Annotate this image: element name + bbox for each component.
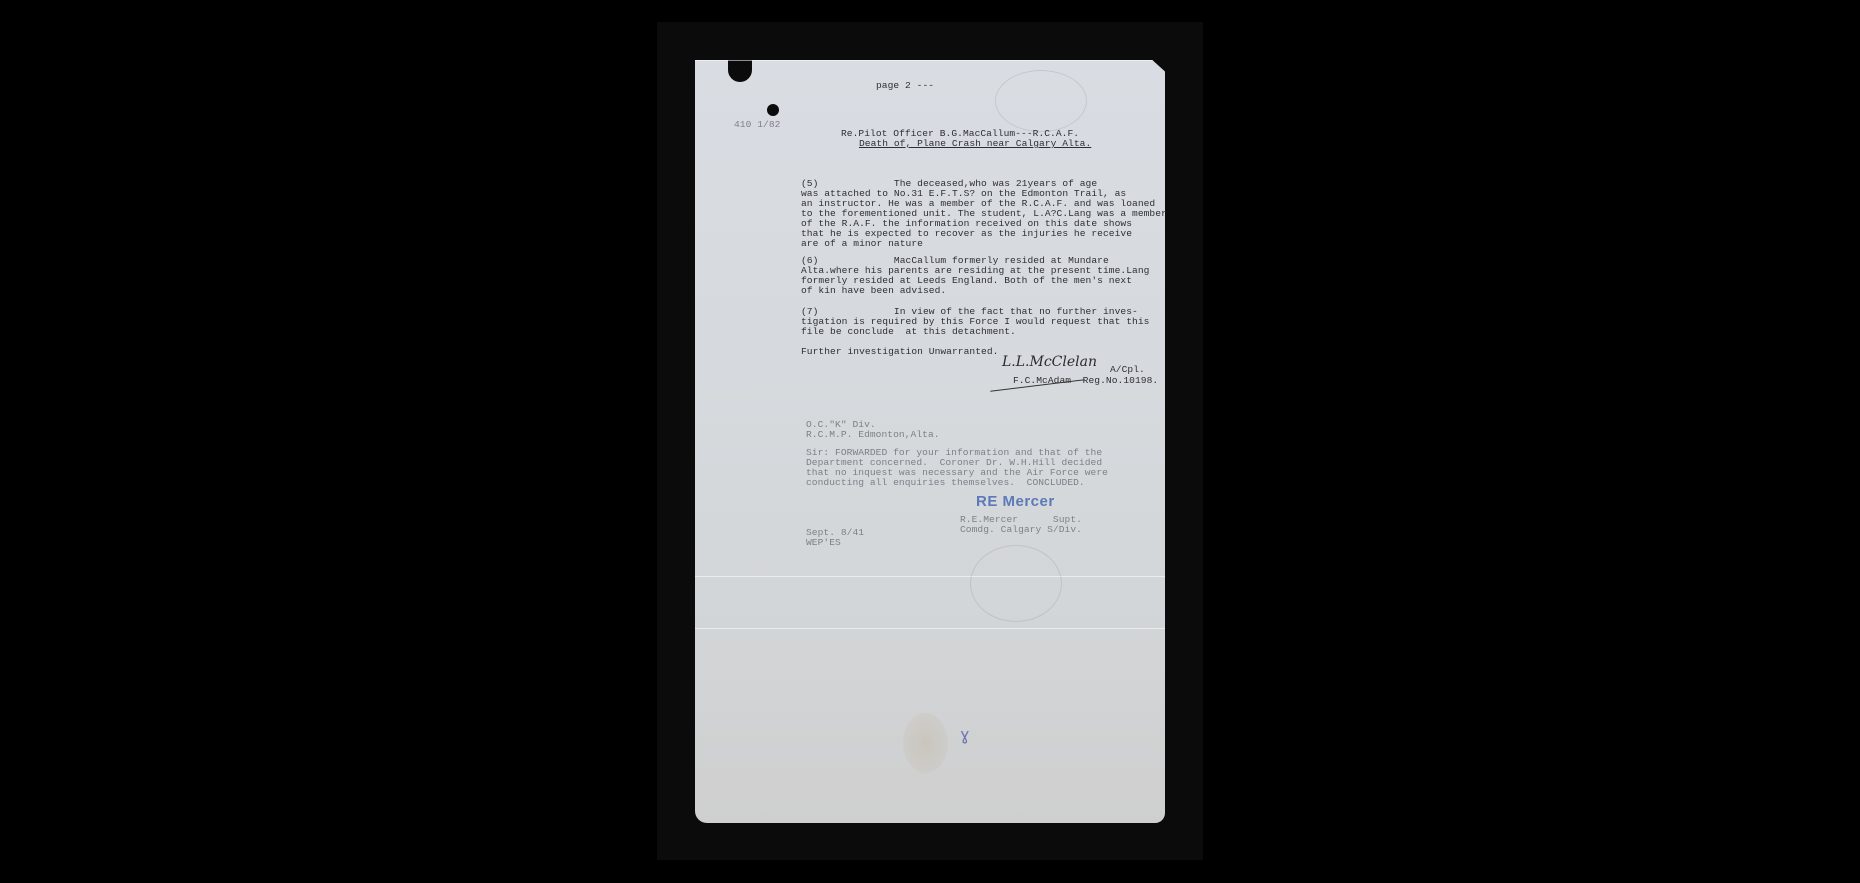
- ink-mark: ɣ: [960, 725, 970, 744]
- date-line-2: WEP'ES: [806, 538, 841, 548]
- fold-line: [695, 60, 1165, 61]
- paragraph-6-number: (6): [801, 256, 818, 266]
- mercer-stamp: RE Mercer: [976, 493, 1055, 510]
- subject-line-2: Death of, Plane Crash near Calgary Alta.: [859, 139, 1091, 149]
- paragraph-7-number: (7): [801, 307, 818, 317]
- thumbprint-smudge: [903, 713, 948, 773]
- signature-rank: A/Cpl.: [1110, 365, 1145, 375]
- paragraph-5-line: are of a minor nature: [801, 239, 923, 249]
- fold-line: [695, 576, 1165, 577]
- paragraph-5-number: (5): [801, 179, 818, 189]
- handwritten-signature: L.L.McClelan: [1002, 354, 1097, 370]
- forward-address-2: R.C.M.P. Edmonton,Alta.: [806, 430, 940, 440]
- file-reference: 410 1/82: [734, 120, 780, 130]
- embossed-seal: [970, 545, 1062, 622]
- paragraph-6-line: of kin have been advised.: [801, 286, 946, 296]
- paper-tear: [728, 58, 752, 82]
- fold-line: [695, 628, 1165, 629]
- paragraph-7-line: file be conclude at this detachment.: [801, 327, 1016, 337]
- closing-line: Further investigation Unwarranted.: [801, 347, 998, 357]
- document-page: [695, 60, 1165, 823]
- embossed-seal: [995, 70, 1087, 132]
- page-header: page 2 ---: [876, 81, 934, 91]
- signer-line-2: Comdg. Calgary S/Div.: [960, 525, 1082, 535]
- punch-hole: [767, 104, 779, 116]
- forward-body-line: conducting all enquiries themselves. CON…: [806, 478, 1085, 488]
